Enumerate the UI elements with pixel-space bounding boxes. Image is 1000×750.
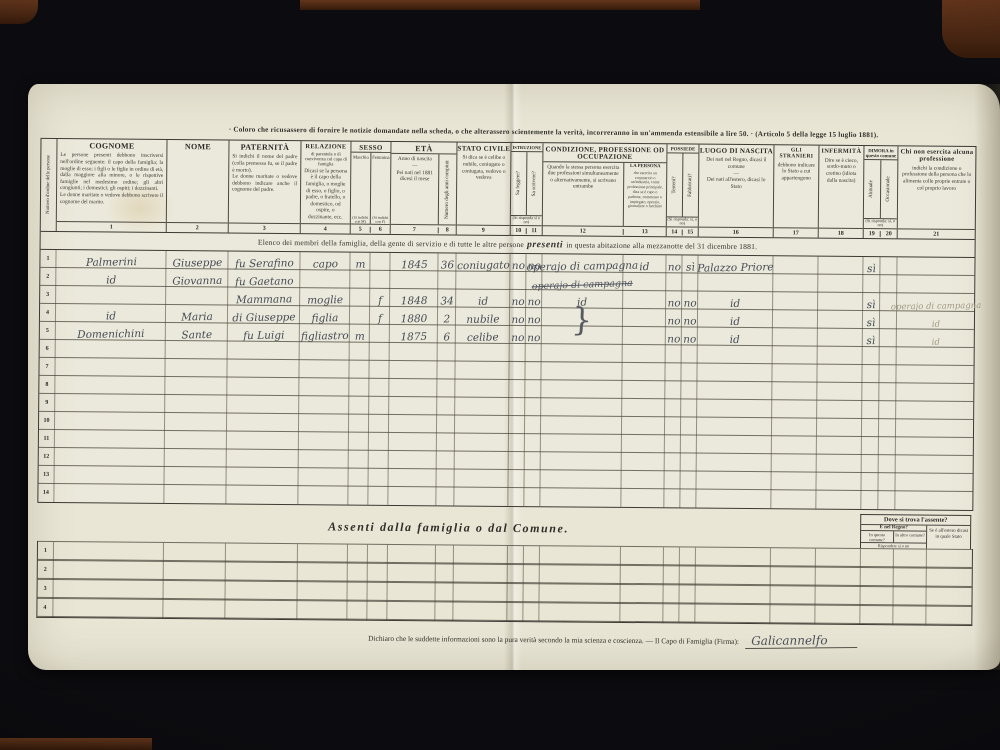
cell-cognome: Palmerini [56, 250, 166, 269]
cell-nome [165, 359, 227, 378]
cell-legge [509, 416, 525, 434]
cell-n: 2 [40, 268, 56, 286]
cell-n: 7 [39, 358, 55, 376]
cell-inferm [815, 606, 860, 625]
cell-chi [896, 455, 973, 474]
table-body: 1PalmeriniGiuseppefu Serafinocapom184536… [38, 250, 974, 510]
cell-terreni [665, 435, 681, 453]
handwritten-entry: coniugato [457, 259, 510, 272]
cell-nome: Giovanna [166, 269, 228, 288]
col-infermita: INFERMITÀ Dire se è cieco, sordo-muto o … [819, 146, 865, 238]
handwritten-entry: id [730, 298, 740, 310]
handwritten-entry: Palazzo Priore [697, 261, 773, 274]
col-possiede-note: (Si risponda: sì, o no) [667, 216, 698, 226]
cell-m [348, 564, 368, 583]
cell-dimA [863, 275, 880, 293]
handwritten-entry: celibe [466, 331, 498, 344]
cell-legge [509, 380, 525, 398]
cell-chi [897, 257, 974, 276]
col-infermita-title: INFERMITÀ [819, 146, 863, 156]
cell-m [350, 289, 370, 307]
cell-n: 5 [40, 322, 56, 340]
cell-stato [454, 565, 508, 584]
cell-terreni [665, 417, 681, 435]
col-number: 12 [543, 228, 624, 235]
col-anni-desc: Numero degli anni compiuti [445, 160, 451, 219]
cell-scrive [524, 546, 540, 565]
cell-inferm [817, 437, 862, 455]
cell-anno [389, 433, 437, 451]
cell-legge [507, 603, 523, 622]
census-form-sheet: · Coloro che ricusassero di fornire le n… [28, 84, 1000, 670]
cell-m [349, 379, 369, 397]
cell-n: 8 [39, 376, 55, 394]
cell-anno [389, 361, 437, 379]
cell-stato [454, 546, 508, 565]
cell-chi [897, 347, 974, 366]
cell-relazione [300, 270, 350, 288]
cell-chi [895, 491, 972, 510]
cell-m: m [350, 253, 370, 271]
cell-nome [163, 600, 225, 620]
cell-n: 4 [40, 304, 56, 322]
cell-pers [623, 345, 666, 363]
wood-table-corner [0, 0, 38, 24]
cell-paternita: Mammana [228, 287, 300, 306]
cell-relazione: figliastro [300, 324, 350, 342]
cell-relazione [298, 486, 348, 504]
declaration-line: Dichiaro che le suddette informazioni so… [23, 627, 995, 650]
cell-cognome [55, 466, 165, 485]
cell-chi: operajo di campagna [897, 293, 974, 312]
cell-cond: operajo di campagna [542, 272, 623, 291]
col-number: 2 [167, 224, 228, 231]
dove-altro-comune: In altro comune? [894, 531, 926, 542]
col-sa-leggere-label: Sa leggere? [516, 171, 522, 195]
col-number: 16 [699, 229, 773, 236]
cell-pers [621, 566, 664, 585]
cell-paternita [228, 341, 300, 360]
cell-luogo [696, 490, 771, 509]
col-condizione: CONDIZIONE, PROFESSIONE OD OCCUPAZIONE Q… [543, 143, 668, 236]
handwritten-entry: Mammana [235, 293, 291, 306]
col-number: 10 [511, 227, 527, 233]
handwritten-entry: m [354, 331, 364, 343]
cell-chi [896, 437, 973, 456]
cell-cognome: id [56, 304, 166, 323]
col-number: 18 [819, 230, 863, 236]
cell-f [370, 325, 390, 343]
col-dimora-note: (Si risponda: sì, o no) [864, 218, 897, 229]
cell-chi [896, 401, 973, 420]
handwritten-entry: no [667, 333, 680, 345]
cell-stran [771, 567, 816, 586]
cell-luogo [696, 567, 771, 587]
cell-dimO [880, 311, 897, 329]
cell-inferm [818, 293, 863, 311]
cell-pers [622, 417, 665, 435]
cell-stran [772, 436, 817, 454]
dove-note: Rispondere sì o no [861, 542, 926, 549]
col-la-persona: LA PERSONA che esercita un commercio o u… [624, 163, 667, 227]
cell-fabb [681, 453, 697, 471]
col-number: 4 [301, 226, 350, 232]
cell-fabb: sì [682, 255, 698, 273]
cell-relazione [299, 450, 349, 468]
cell-nome: Giuseppe [166, 251, 228, 270]
wood-table-strip [0, 738, 152, 750]
handwritten-entry: no [527, 332, 540, 344]
cell-inferm [816, 568, 861, 587]
cell-legge [507, 584, 523, 603]
handwritten-entry: id [477, 296, 487, 308]
cell-fabb [681, 435, 697, 453]
col-cognome-desc: Le persone presenti debbono inscriversi … [57, 150, 167, 222]
cell-fabb [682, 345, 698, 363]
col-fabbricati-label: Fabbricati? [688, 173, 694, 196]
cell-anno [389, 451, 437, 469]
cell-legge [510, 344, 526, 362]
cell-stato [455, 415, 509, 433]
cell-scrive [523, 603, 539, 622]
cell-dimA [861, 473, 878, 491]
cell-paternita: fu Gaetano [228, 269, 300, 288]
cell-luogo [697, 418, 772, 437]
cell-cognome [53, 599, 163, 619]
cell-stran [772, 454, 817, 472]
cell-relazione [299, 360, 349, 378]
cell-cond [539, 584, 620, 604]
cell-dimA [862, 365, 879, 383]
cell-fabb [680, 471, 696, 489]
cell-cognome [55, 412, 165, 431]
cell-nome [165, 413, 227, 432]
cell-terreni [666, 345, 682, 363]
cell-luogo [696, 548, 771, 568]
handwritten-entry: id [639, 261, 649, 273]
cell-relazione [297, 601, 347, 620]
cell-anno [387, 602, 435, 621]
cell-relazione [299, 396, 349, 414]
col-number: 7 [391, 226, 439, 232]
col-dimora-title: DIMORA in questo comune [864, 146, 897, 159]
cell-anni [436, 545, 454, 564]
col-cognome: COGNOME Le persone presenti debbono insc… [57, 139, 168, 232]
cell-anni [437, 415, 455, 433]
cell-anni: 34 [438, 289, 456, 307]
col-number: 19 [864, 231, 881, 237]
cell-inferm [816, 549, 861, 568]
cell-inferm [816, 473, 861, 491]
col-possiede-title: POSSIEDE [667, 144, 698, 153]
head-of-family-signature: Galicannelfo [745, 633, 857, 649]
col-numero-title: Numero d'ordine delle persone [46, 155, 52, 214]
banner-pre: Elenco dei membri della famiglia, della … [258, 238, 524, 249]
cell-paternita [227, 449, 299, 468]
cell-anni [437, 451, 455, 469]
cell-cognome [55, 394, 165, 413]
col-relazione-sub: di parentela o di convivenza col capo di… [301, 151, 350, 167]
cell-anno: 1880 [390, 307, 438, 325]
cell-dimA [863, 347, 880, 365]
cell-stato [454, 487, 508, 505]
col-numero: Numero d'ordine delle persone [41, 139, 58, 231]
handwritten-entry: sì [685, 261, 694, 273]
cell-paternita [225, 601, 297, 621]
cell-n: 3 [38, 580, 54, 599]
cell-legge [508, 546, 524, 565]
col-number: 11 [527, 228, 542, 234]
handwritten-entry: operajo di campagna [890, 301, 981, 313]
handwritten-entry: Maria [181, 311, 213, 324]
cell-pers [622, 399, 665, 417]
cell-cognome [55, 448, 165, 467]
cell-dimA: sì [863, 329, 880, 347]
cell-cond [541, 398, 622, 417]
cell-fabb: no [682, 309, 698, 327]
col-maschio: Maschio (Si indichi con M) [351, 153, 372, 224]
cell-n: 3 [40, 286, 56, 304]
cell-m [348, 487, 368, 505]
cell-n: 13 [39, 466, 55, 484]
cell-terreni [665, 363, 681, 381]
cell-cognome [54, 561, 164, 581]
cell-dimA: sì [863, 293, 880, 311]
col-femmina-note: (Si indichi con F) [371, 215, 390, 224]
col-maschio-label: Maschio [352, 153, 370, 160]
cell-cognome [55, 376, 165, 395]
cell-stato: id [456, 289, 510, 307]
cell-n: 4 [37, 599, 53, 618]
col-terreni-label: Terreni? [672, 176, 678, 193]
col-stato-title: STATO CIVILE [457, 142, 510, 153]
cell-dimA: sì [863, 257, 880, 275]
col-terreni: Terreni? [667, 154, 684, 217]
cell-cognome [56, 286, 166, 305]
cell-cond [541, 380, 622, 399]
cell-stran [773, 346, 818, 364]
cell-fabb [680, 489, 696, 507]
cell-paternita [226, 563, 298, 583]
cell-nome [164, 562, 226, 582]
handwritten-entry: nubile [466, 313, 499, 326]
cell-chi [896, 365, 973, 384]
cell-d2 [893, 606, 926, 625]
cell-fabb [680, 567, 696, 586]
col-chi-title: Chi non esercita alcuna professione [898, 146, 975, 164]
cell-anni: 6 [438, 325, 456, 343]
cell-fabb [681, 363, 697, 381]
cell-anni [436, 564, 454, 583]
cell-pers [622, 381, 665, 399]
cell-legge [509, 362, 525, 380]
cell-paternita: di Giuseppe [228, 305, 300, 324]
col-sa-scrivere-label: Sa scrivere? [532, 171, 538, 196]
cell-stran [772, 418, 817, 436]
cell-legge [508, 488, 524, 506]
col-stranieri-title: GLI STRANIERI [774, 145, 818, 160]
cell-d3 [926, 588, 971, 607]
cell-f [369, 379, 389, 397]
col-number: 15 [683, 229, 698, 235]
cell-anni [436, 469, 454, 487]
cell-nome: Maria [166, 305, 228, 324]
cell-pers [623, 291, 666, 309]
photo-scene: · Coloro che ricusassero di fornire le n… [0, 0, 1000, 750]
handwritten-entry: id [105, 310, 115, 322]
cell-dimA [862, 437, 879, 455]
cell-scrive [525, 434, 541, 452]
cell-fabb [681, 381, 697, 399]
handwritten-entry: capo [312, 258, 337, 270]
cell-stran [773, 292, 818, 310]
cell-d2 [893, 587, 926, 606]
handwritten-entry: 1875 [400, 331, 427, 343]
cell-d1 [861, 549, 894, 568]
handwritten-entry: no [511, 260, 524, 272]
cell-stato [455, 379, 509, 397]
cell-fabb: no [682, 327, 698, 345]
col-maschio-note: (Si indichi con M) [351, 215, 370, 224]
cell-stran [772, 382, 817, 400]
handwritten-entry: fu Luigi [243, 329, 284, 342]
cell-cond [539, 603, 620, 623]
handwritten-entry: no [511, 314, 524, 326]
cell-terreni: no [666, 255, 682, 273]
col-professione-desc: Quando la stessa persona esercita due pr… [543, 162, 624, 226]
cell-nome [165, 395, 227, 414]
cell-luogo [697, 400, 772, 419]
cell-paternita [227, 413, 299, 432]
cell-anno [388, 545, 436, 564]
cell-m [347, 602, 367, 621]
cell-dimO [879, 401, 896, 419]
handwritten-entry: 2 [443, 313, 450, 325]
cell-dimO [880, 347, 897, 365]
cell-luogo: id [698, 310, 773, 329]
col-la-persona-desc: che esercita un commercio o un'industria… [624, 169, 666, 226]
cell-stran [772, 364, 817, 382]
cell-n: 1 [38, 542, 54, 561]
col-infermita-desc: Dire se è cieco, sordo-muto o cretino (i… [819, 155, 864, 228]
handwritten-entry: Giuseppe [172, 257, 222, 270]
cell-relazione [299, 432, 349, 450]
cell-f [368, 469, 388, 487]
cell-fabb: no [682, 291, 698, 309]
cell-fabb [680, 548, 696, 567]
cell-stran [771, 472, 816, 490]
col-nome-title: NOME [167, 140, 228, 152]
cell-terreni [665, 381, 681, 399]
cell-f [370, 343, 390, 361]
cell-inferm [816, 491, 861, 509]
cell-cognome [54, 484, 164, 503]
cell-scrive: no [526, 308, 542, 326]
cell-scrive [525, 452, 541, 470]
handwritten-entry: no [511, 332, 524, 344]
cell-paternita [226, 485, 298, 504]
cell-terreni [663, 585, 679, 604]
cell-anno [388, 564, 436, 583]
cell-fabb [682, 273, 698, 291]
col-chi-desc: indichi la condizione o professione dell… [898, 163, 976, 229]
col-luogo-nascita: LUOGO DI NASCITA Dei nati nel Regno, dic… [699, 145, 775, 238]
cell-anni: 36 [438, 253, 456, 271]
banner-emphasis: presenti [527, 239, 563, 250]
handwritten-entry: 1848 [400, 295, 427, 307]
col-relazione-desc: Dicasi se la persona è il capo della fam… [301, 166, 350, 224]
cell-paternita [226, 544, 298, 564]
dove-regno-area: È nel Regno? In questo comune? In altro … [861, 525, 927, 549]
cell-scrive [525, 416, 541, 434]
cell-dimA: sì [863, 311, 880, 329]
cell-chi: id [897, 329, 974, 348]
cell-scrive [525, 362, 541, 380]
col-sesso-title: SESSO [351, 142, 390, 153]
banner-post: in questa abitazione alla mezzanotte del… [566, 240, 757, 251]
cell-nome [164, 543, 226, 563]
cell-terreni [665, 399, 681, 417]
col-dimora-abituale: Abituale [864, 160, 882, 218]
col-fabbricati: Fabbricati? [683, 154, 699, 217]
col-luogo-desc: Dei nati nel Regno, dicasi il comune — D… [699, 155, 774, 227]
cell-nome [166, 287, 228, 306]
cell-terreni: no [666, 327, 682, 345]
cell-anno [389, 397, 437, 415]
handwritten-entry: sì [867, 299, 876, 311]
cell-stran [771, 548, 816, 567]
col-number: 6 [371, 226, 390, 232]
col-stranieri-desc: debbono indicare lo Stato a cui apparten… [774, 160, 819, 228]
cell-pers [622, 435, 665, 453]
cell-stato [456, 343, 510, 361]
cell-fabb [679, 605, 695, 624]
cell-pers [622, 453, 665, 471]
cell-stato [453, 603, 507, 622]
handwritten-entry: no [527, 314, 540, 326]
cell-m [350, 307, 370, 325]
cell-n: 2 [38, 561, 54, 580]
cell-m [347, 583, 367, 602]
cell-anni [437, 379, 455, 397]
col-femmina-label: Femmina [371, 153, 390, 160]
form-content: · Coloro che ricusassero di fornire le n… [23, 84, 1000, 678]
cell-cognome [55, 358, 165, 377]
col-dimora-occasionale: Occasionale [881, 160, 898, 218]
handwritten-entry: no [511, 296, 524, 308]
cell-n: 12 [39, 448, 55, 466]
cell-cond [541, 362, 622, 381]
cell-anno [389, 379, 437, 397]
cell-d2 [894, 549, 927, 568]
cell-stato [453, 584, 507, 603]
cell-dimA [862, 401, 879, 419]
col-paternita-desc: Si indichi il nome del padre (colla prem… [229, 152, 301, 223]
cell-m [350, 343, 370, 361]
cell-nome [164, 485, 226, 504]
cell-luogo: id [698, 328, 773, 347]
cell-d1 [861, 568, 894, 587]
cell-inferm [818, 275, 863, 293]
cell-anno [390, 343, 438, 361]
cell-stato: nubile [456, 307, 510, 325]
dove-assente-box: Dove si trova l'assente? È nel Regno? In… [860, 514, 971, 549]
cell-pers [623, 309, 666, 327]
cell-cognome [56, 340, 166, 359]
col-istruzione-note: (Si risponda sì o no) [511, 215, 542, 225]
handwritten-entry: no [683, 297, 696, 309]
cell-m [350, 271, 370, 289]
